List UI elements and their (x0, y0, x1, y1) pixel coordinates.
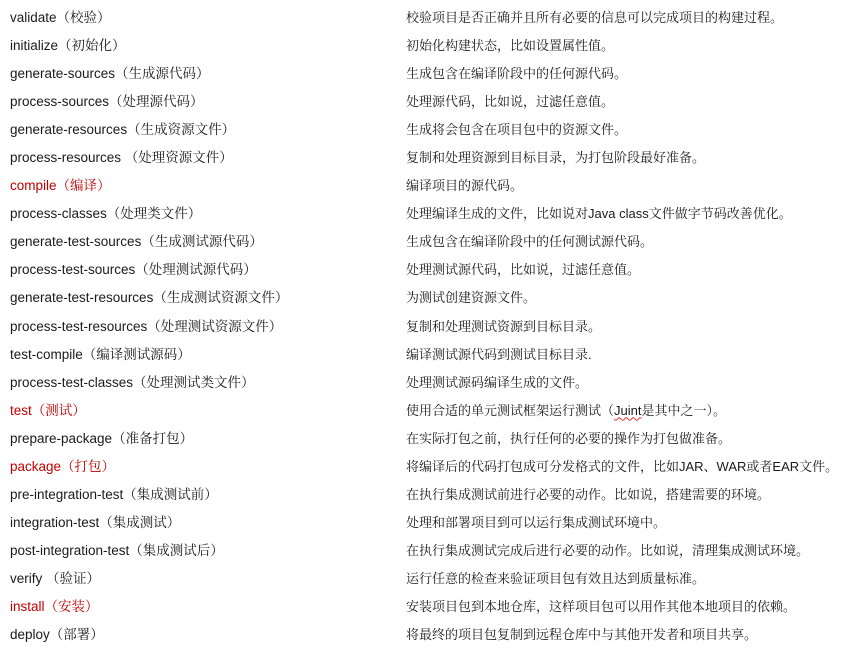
phase-description: 复制和处理资源到目标目录，为打包阶段最好准备。 (406, 144, 705, 172)
phase-name: process-test-sources（处理测试源代码） (10, 256, 257, 284)
phase-description: 生成包含在编译阶段中的任何源代码。 (406, 60, 627, 88)
phase-description: 校验项目是否正确并且所有必要的信息可以完成项目的构建过程。 (406, 4, 783, 32)
desc-text-pre: 使用合适的单元测试框架运行测试（ (406, 403, 614, 418)
phase-description: 安装项目包到本地仓库，这样项目包可以用作其他本地项目的依赖。 (406, 593, 796, 621)
phase-description: 编译项目的源代码。 (406, 172, 523, 200)
phase-description: 在执行集成测试前进行必要的动作。比如说，搭建需要的环境。 (406, 481, 770, 509)
table-row: generate-test-sources（生成测试源代码） 生成包含在编译阶段… (0, 228, 859, 256)
table-row: verify （验证） 运行任意的检查来验证项目包有效且达到质量标准。 (0, 565, 859, 593)
table-row: validate（校验） 校验项目是否正确并且所有必要的信息可以完成项目的构建过… (0, 4, 859, 32)
phase-name: process-test-classes（处理测试类文件） (10, 369, 255, 397)
phase-description: 生成将会包含在项目包中的资源文件。 (406, 116, 627, 144)
phase-description: 使用合适的单元测试框架运行测试（Juint是其中之一）。 (406, 397, 726, 425)
table-row: process-test-sources（处理测试源代码） 处理测试源代码，比如… (0, 256, 859, 284)
table-row: test-compile（编译测试源码） 编译测试源代码到测试目标目录. (0, 341, 859, 369)
phase-name: pre-integration-test（集成测试前） (10, 481, 218, 509)
phase-name-highlighted: compile（编译） (10, 172, 111, 200)
phase-name: post-integration-test（集成测试后） (10, 537, 224, 565)
phase-name: validate（校验） (10, 4, 111, 32)
table-row: pre-integration-test（集成测试前） 在执行集成测试前进行必要… (0, 481, 859, 509)
phase-description: 为测试创建资源文件。 (406, 284, 536, 312)
table-row: process-resources （处理资源文件） 复制和处理资源到目标目录，… (0, 144, 859, 172)
phase-description: 将编译后的代码打包成可分发格式的文件，比如JAR、WAR或者EAR文件。 (406, 453, 838, 481)
phase-name: generate-test-sources（生成测试源代码） (10, 228, 263, 256)
phase-description: 在执行集成测试完成后进行必要的动作。比如说，清理集成测试环境。 (406, 537, 809, 565)
table-row: process-sources（处理源代码） 处理源代码，比如说，过滤任意值。 (0, 88, 859, 116)
table-row: generate-resources（生成资源文件） 生成将会包含在项目包中的资… (0, 116, 859, 144)
phase-name: deploy（部署） (10, 621, 104, 648)
phase-description: 处理测试源码编译生成的文件。 (406, 369, 588, 397)
phase-name: prepare-package（准备打包） (10, 425, 193, 453)
phase-description: 处理和部署项目到可以运行集成测试环境中。 (406, 509, 666, 537)
table-row: generate-sources（生成源代码） 生成包含在编译阶段中的任何源代码… (0, 60, 859, 88)
phase-name: initialize（初始化） (10, 32, 126, 60)
table-row: process-test-classes（处理测试类文件） 处理测试源码编译生成… (0, 369, 859, 397)
table-row: deploy（部署） 将最终的项目包复制到远程仓库中与其他开发者和项目共享。 (0, 621, 859, 648)
desc-text-post: 是其中之一）。 (641, 403, 726, 418)
phase-name: integration-test（集成测试） (10, 509, 180, 537)
phase-description: 将最终的项目包复制到远程仓库中与其他开发者和项目共享。 (406, 621, 757, 648)
table-row: post-integration-test（集成测试后） 在执行集成测试完成后进… (0, 537, 859, 565)
phase-description: 编译测试源代码到测试目标目录. (406, 341, 592, 369)
phase-description: 处理源代码，比如说，过滤任意值。 (406, 88, 614, 116)
table-row: initialize（初始化） 初始化构建状态，比如设置属性值。 (0, 32, 859, 60)
phase-description: 处理编译生成的文件，比如说对Java class文件做字节码改善优化。 (406, 200, 792, 228)
phase-name: process-resources （处理资源文件） (10, 144, 233, 172)
phase-description: 在实际打包之前，执行任何的必要的操作为打包做准备。 (406, 425, 731, 453)
phase-description: 生成包含在编译阶段中的任何测试源代码。 (406, 228, 653, 256)
maven-lifecycle-table: validate（校验） 校验项目是否正确并且所有必要的信息可以完成项目的构建过… (0, 4, 859, 648)
spellcheck-flagged-word: Juint (614, 403, 641, 418)
phase-name: generate-resources（生成资源文件） (10, 116, 235, 144)
phase-description: 初始化构建状态，比如设置属性值。 (406, 32, 614, 60)
phase-name: generate-test-resources（生成测试资源文件） (10, 284, 288, 312)
phase-description: 处理测试源代码，比如说，过滤任意值。 (406, 256, 640, 284)
phase-name: verify （验证） (10, 565, 100, 593)
table-row: compile（编译） 编译项目的源代码。 (0, 172, 859, 200)
phase-name: process-test-resources（处理测试资源文件） (10, 313, 282, 341)
phase-name: process-sources（处理源代码） (10, 88, 204, 116)
phase-name-highlighted: install（安装） (10, 593, 99, 621)
table-row: process-classes（处理类文件） 处理编译生成的文件，比如说对Jav… (0, 200, 859, 228)
phase-name-highlighted: test（测试） (10, 397, 86, 425)
table-row: integration-test（集成测试） 处理和部署项目到可以运行集成测试环… (0, 509, 859, 537)
table-row: test（测试） 使用合适的单元测试框架运行测试（Juint是其中之一）。 (0, 397, 859, 425)
table-row: package（打包） 将编译后的代码打包成可分发格式的文件，比如JAR、WAR… (0, 453, 859, 481)
table-row: process-test-resources（处理测试资源文件） 复制和处理测试… (0, 313, 859, 341)
table-row: generate-test-resources（生成测试资源文件） 为测试创建资… (0, 284, 859, 312)
phase-name-highlighted: package（打包） (10, 453, 115, 481)
phase-name: test-compile（编译测试源码） (10, 341, 191, 369)
phase-name: generate-sources（生成源代码） (10, 60, 210, 88)
table-row: install（安装） 安装项目包到本地仓库，这样项目包可以用作其他本地项目的依… (0, 593, 859, 621)
phase-name: process-classes（处理类文件） (10, 200, 201, 228)
phase-description: 运行任意的检查来验证项目包有效且达到质量标准。 (406, 565, 705, 593)
phase-description: 复制和处理测试资源到目标目录。 (406, 313, 601, 341)
table-row: prepare-package（准备打包） 在实际打包之前，执行任何的必要的操作… (0, 425, 859, 453)
